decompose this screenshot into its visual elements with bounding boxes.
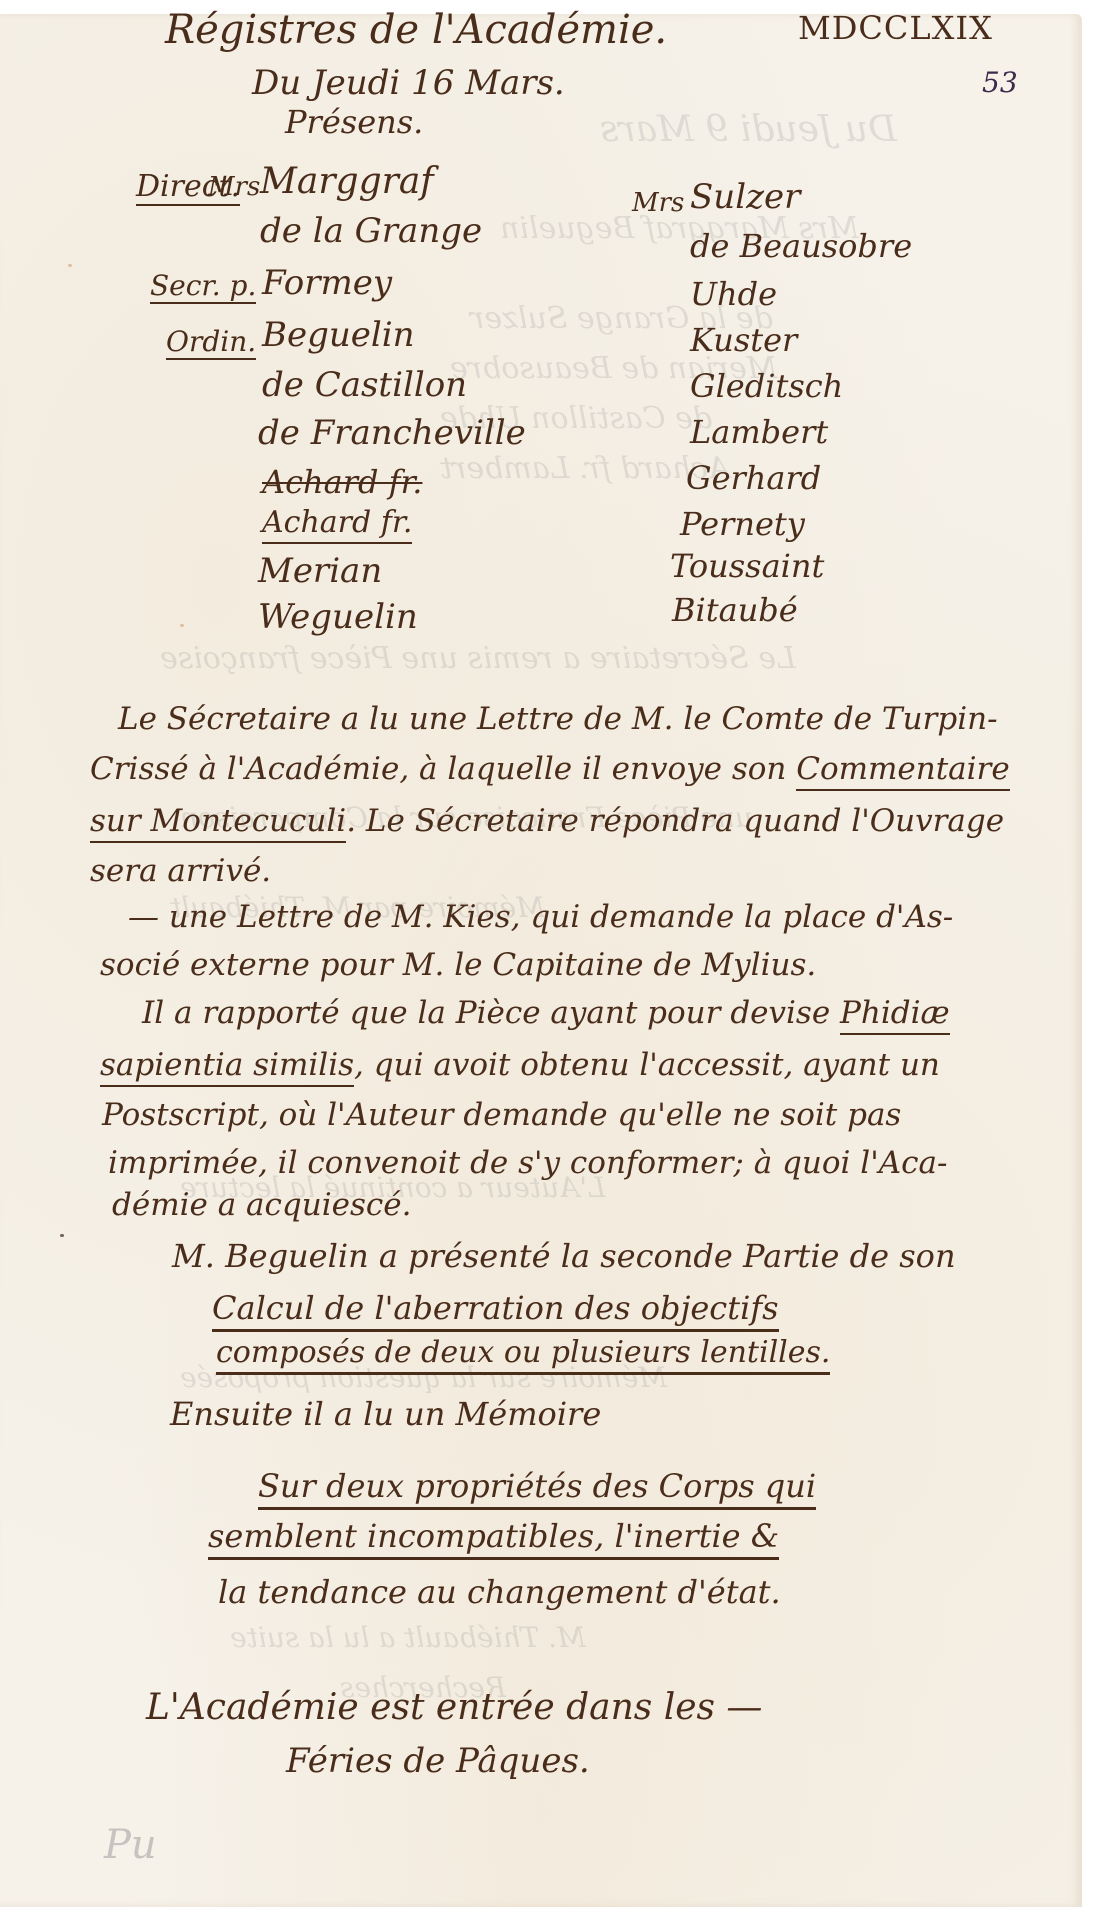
memoir-title-line: semblent incompatibles, l'inertie & (208, 1520, 779, 1552)
bleed-through-text: Le Sécretaire a remis une Pièce françois… (160, 644, 796, 674)
paragraph-line: imprimée, il convenoit de s'y conformer;… (108, 1148, 947, 1179)
year-roman: MDCCLXIX (798, 12, 993, 44)
text-span: Crissé à l'Académie, à laquelle il envoy… (90, 751, 796, 787)
underlined-memoir-title: semblent incompatibles, l'inertie & (208, 1517, 779, 1560)
pencil-margin-note: Pu (104, 1822, 157, 1868)
paragraph-line: — une Lettre de M. Kies, qui demande la … (128, 902, 953, 933)
attendee-right: Bitaubé (672, 594, 798, 626)
paragraph-line: sur Montecuculi. Le Sécretaire répondra … (90, 806, 1004, 837)
folio-number: 53 (982, 66, 1018, 99)
paragraph-line: socié externe pour M. le Capitaine de My… (100, 950, 816, 981)
attendee-left: Formey (262, 266, 392, 300)
paragraph-line: sera arrivé. (90, 856, 271, 887)
closing-line: L'Académie est entrée dans les — (146, 1690, 762, 1726)
attendee-left: de Francheville (258, 416, 526, 450)
attendee-left: Beguelin (262, 318, 415, 352)
attendee-left-struck: Achard fr. (262, 466, 422, 498)
memoir-title-line: Sur deux propriétés des Corps qui (258, 1470, 816, 1502)
attendee-right: Gerhard (686, 462, 821, 494)
underlined-title: Commentaire (796, 751, 1010, 791)
bleed-through-text: M. Thiébault a lu la suite (230, 1624, 586, 1652)
attendee-right: Gleditsch (690, 370, 843, 402)
date-line: Du Jeudi 16 Mars. (252, 66, 565, 100)
closing-line: Féries de Pâques. (286, 1744, 590, 1778)
attendee-right: Sulzer (690, 180, 800, 214)
attendee-left: Merian (258, 554, 382, 588)
underlined-memoir-title: Calcul de l'aberration des objectifs (212, 1289, 779, 1332)
prefix-mrs-right: Mrs (632, 190, 684, 216)
attendee-right: Uhde (690, 278, 777, 310)
text-span: Il a rapporté que la Pièce ayant pour de… (142, 995, 840, 1031)
paragraph-line: M. Beguelin a présenté la seconde Partie… (172, 1240, 956, 1272)
paragraph-line: Le Sécretaire a lu une Lettre de M. le C… (118, 704, 998, 735)
attendee-name: Achard fr. (262, 505, 412, 544)
text-span: , qui avoit obtenu l'accessit, ayant un (354, 1047, 940, 1083)
underlined-title: sur Montecuculi (90, 803, 346, 843)
paragraph-line: Ensuite il a lu un Mémoire (170, 1398, 601, 1430)
attendee-right: Pernety (680, 508, 805, 540)
attendee-right: Lambert (690, 416, 828, 448)
attendee-right: Toussaint (670, 550, 824, 582)
underlined-motto: sapientia similis (100, 1047, 354, 1087)
memoir-title-line: Calcul de l'aberration des objectifs (212, 1292, 779, 1324)
attendee-left: Achard fr. (262, 508, 412, 538)
paragraph-line: sapientia similis, qui avoit obtenu l'ac… (100, 1050, 940, 1081)
underlined-memoir-title: composés de deux ou plusieurs lentilles. (216, 1335, 830, 1375)
presence-heading: Présens. (285, 106, 423, 138)
memoir-title-line: composés de deux ou plusieurs lentilles. (216, 1338, 830, 1368)
role-secretary: Secr. p. (150, 272, 256, 304)
underlined-memoir-title: Sur deux propriétés des Corps qui (258, 1467, 816, 1510)
attendee-left: de la Grange (260, 214, 482, 248)
attendee-right: de Beausobre (690, 230, 912, 262)
ink-blot (60, 1234, 64, 1237)
paper-speck (180, 624, 184, 627)
memoir-title-line: la tendance au changement d'état. (218, 1576, 781, 1608)
underlined-motto: Phidiæ (840, 995, 950, 1035)
paragraph-line: Crissé à l'Académie, à laquelle il envoy… (90, 754, 1010, 785)
prefix-mrs-left: Mrs (208, 174, 260, 200)
attendee-right: Kuster (690, 324, 797, 356)
attendee-left: de Castillon (262, 368, 467, 402)
paragraph-line: Il a rapporté que la Pièce ayant pour de… (142, 998, 950, 1029)
role-ordinary: Ordin. (166, 328, 256, 360)
paragraph-line: démie a acquiescé. (112, 1190, 411, 1221)
register-title: Régistres de l'Académie. (165, 10, 667, 50)
manuscript-page: Du Jeudi 9 Mars Mrs Marggraf Beguelin de… (0, 14, 1082, 1907)
attendee-left: Weguelin (258, 600, 418, 634)
bleed-through-text: Du Jeudi 9 Mars (600, 112, 897, 148)
paragraph-line: Postscript, où l'Auteur demande qu'elle … (102, 1100, 901, 1131)
paper-speck (68, 264, 72, 267)
attendee-left: Marggraf (260, 164, 434, 200)
text-span: . Le Sécretaire répondra quand l'Ouvrage (346, 803, 1004, 839)
